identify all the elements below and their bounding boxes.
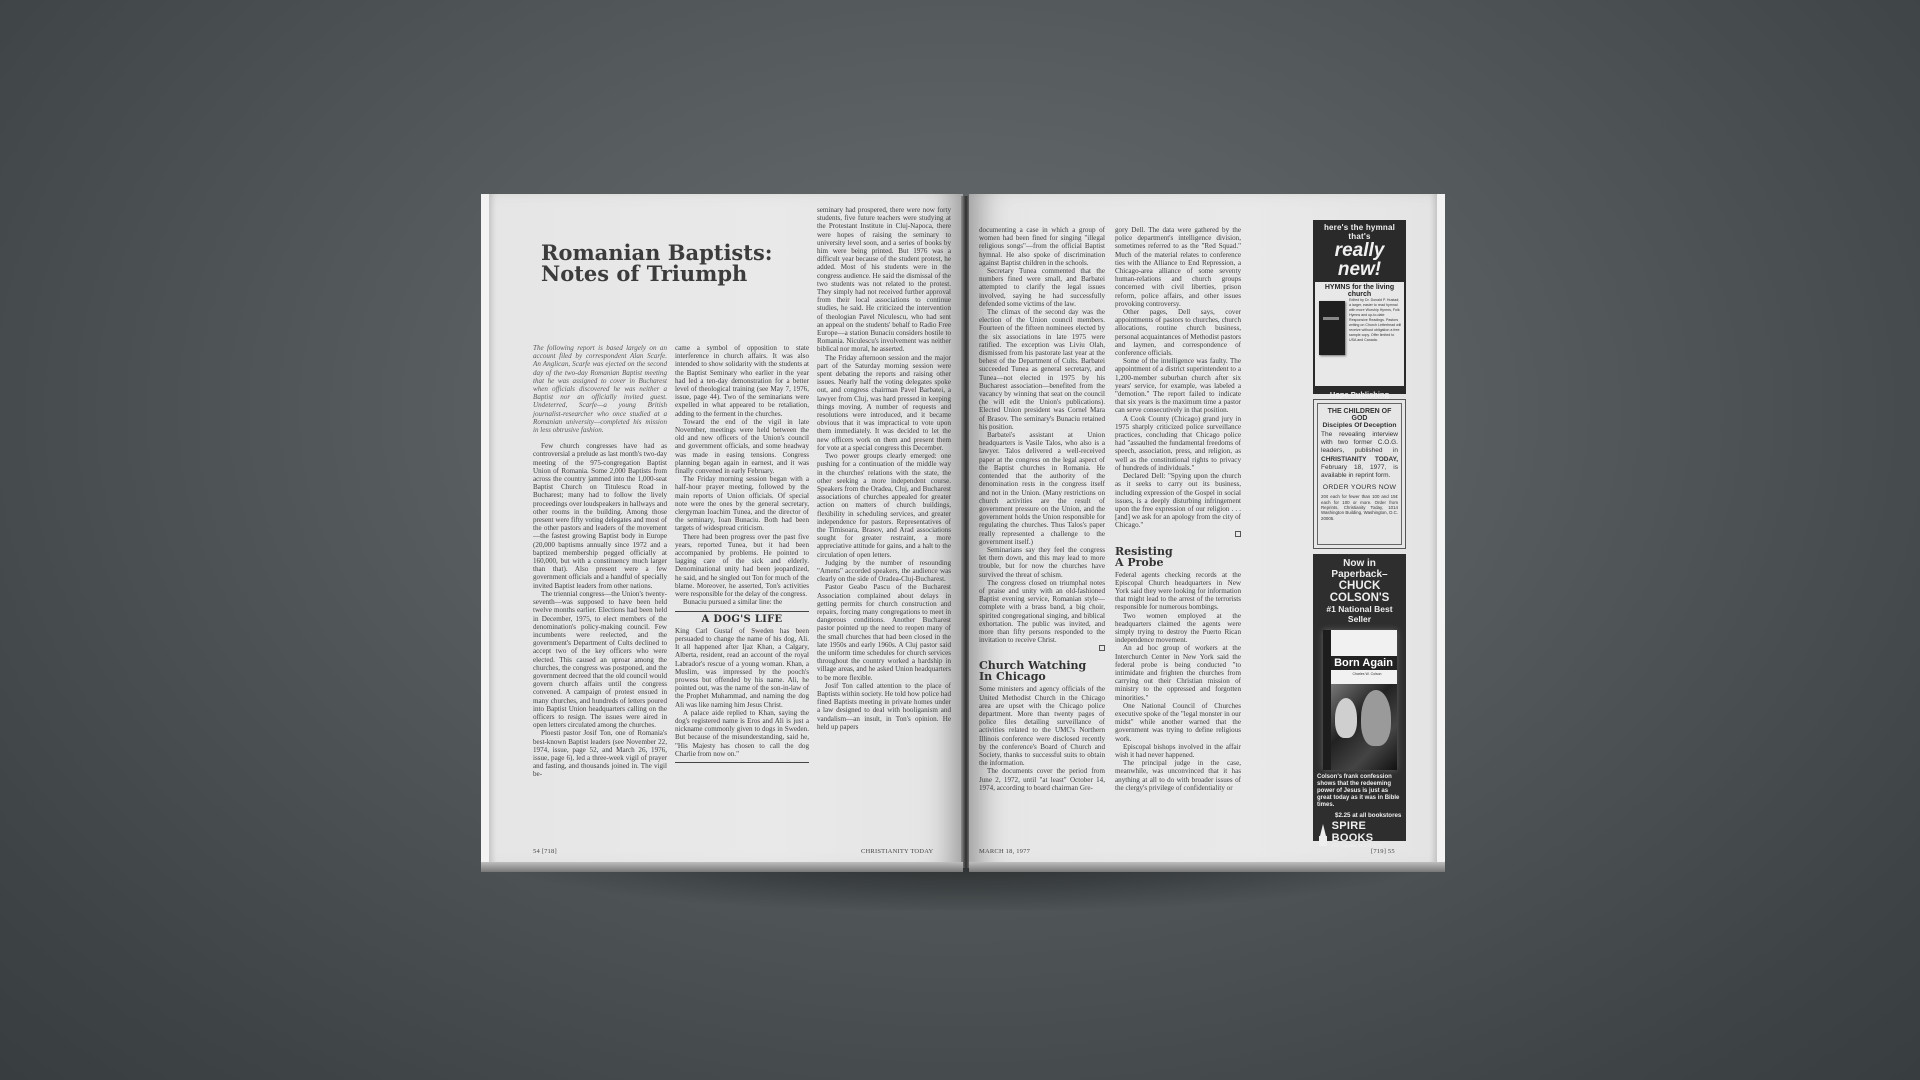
title-line-2: Notes of Triumph — [541, 263, 773, 284]
born-again-ad: Now in Paperback– CHUCK COLSON'S #1 Nati… — [1313, 554, 1406, 841]
reprint-ad-order: ORDER YOURS NOW — [1321, 484, 1398, 491]
end-mark-icon — [1099, 645, 1105, 651]
title-line-1: Romanian Baptists: — [541, 242, 773, 263]
paragraph: documenting a case in which a group of w… — [979, 226, 1105, 267]
section-heading-probe: Resisting A Probe — [1115, 546, 1241, 568]
paragraph: Ploesti pastor Josif Ton, one of Romania… — [533, 729, 667, 778]
spire-books-logo: SPIRE BOOKS Old Tappan, N.J. 07675 — [1317, 820, 1402, 849]
hymnal-ad-tagline: here's the hymnal that's — [1316, 223, 1403, 241]
sidebar-paragraph: A palace aide replied to Khan, saying th… — [675, 709, 809, 758]
book-cover-title: Born Again — [1331, 656, 1397, 670]
hymnal-title: HYMNS for the living church — [1317, 284, 1402, 298]
sidebar-paragraph: King Carl Gustaf of Sweden has been pers… — [675, 627, 809, 709]
paragraph: Barbatei's assistant at Union headquarte… — [979, 431, 1105, 546]
reprint-ad-subheading: Disciples Of Deception — [1321, 422, 1398, 429]
paragraph: Other pages, Dell says, cover appointmen… — [1115, 308, 1241, 357]
paragraph: A Cook County (Chicago) grand jury in 19… — [1115, 415, 1241, 472]
paragraph: Seminarians say they feel the congress l… — [979, 546, 1105, 579]
book-cover-author: Charles W. Colson — [1353, 672, 1382, 676]
end-mark-icon — [1235, 531, 1241, 537]
running-footer-magazine: CHRISTIANITY TODAY — [861, 848, 933, 855]
left-column-3: seminary had prospered, there were now f… — [817, 206, 951, 731]
divider — [675, 762, 809, 763]
paragraph: The triennial congress—the Union's twent… — [533, 590, 667, 729]
paragraph: Secretary Tunea commented that the numbe… — [979, 267, 1105, 308]
paragraph: The Friday morning session began with a … — [675, 475, 809, 532]
hymnal-ad-panel: HYMNS for the living church Edited by Dr… — [1315, 282, 1404, 386]
paragraph: The documents cover the period from June… — [979, 767, 1105, 792]
paragraph: gory Dell. The data were gathered by the… — [1115, 226, 1241, 308]
reprint-ad: THE CHILDREN OF GOD Disciples Of Decepti… — [1313, 399, 1406, 549]
paragraph: Toward the end of the vigil in late Nove… — [675, 418, 809, 475]
paragraph: Some of the intelligence was faulty. The… — [1115, 357, 1241, 414]
paragraph: The Friday afternoon session and the maj… — [817, 354, 951, 452]
paragraph: seminary had prospered, there were now f… — [817, 206, 951, 354]
paragraph: Josif Ton called attention to the place … — [817, 682, 951, 731]
reprint-ad-pricing: 20¢ each for fewer than 100 and 15¢ each… — [1321, 494, 1398, 521]
paragraph: Pastor Geabo Pascu of the Bucharest Asso… — [817, 583, 951, 681]
paragraph: Federal agents checking records at the E… — [1115, 571, 1241, 612]
left-page-edge — [481, 862, 963, 872]
hymnal-book-icon — [1319, 301, 1345, 355]
paragraph: Few church congresses have had as contro… — [533, 442, 667, 590]
left-column-2: came a symbol of opposition to state int… — [675, 344, 809, 767]
paragraph: The principal judge in the case, meanwhi… — [1115, 759, 1241, 792]
born-again-ad-line3: #1 National Best Seller — [1317, 604, 1402, 624]
paragraph: Bunaciu pursued a similar line: the — [675, 598, 809, 606]
paragraph: Two power groups clearly emerged: one pu… — [817, 452, 951, 559]
paragraph: There had been progress over the past fi… — [675, 533, 809, 599]
page-number-left: 54 [718] — [533, 848, 557, 855]
publisher-name: SPIRE BOOKS — [1332, 820, 1402, 844]
paragraph: Two women employed at the headquarters c… — [1115, 612, 1241, 645]
section-heading-chicago: Church Watching In Chicago — [979, 660, 1105, 682]
magazine-spread: Romanian Baptists: Notes of Triumph The … — [481, 194, 1445, 870]
paragraph: An ad hoc group of workers at the Interc… — [1115, 644, 1241, 701]
reprint-ad-heading: THE CHILDREN OF GOD — [1321, 408, 1398, 422]
born-again-blurb: Colson's frank confession shows that the… — [1317, 774, 1402, 809]
paragraph: The climax of the second day was the ele… — [979, 308, 1105, 431]
right-column-1: documenting a case in which a group of w… — [979, 226, 1105, 792]
reprint-ad-body: The revealing interview with two former … — [1321, 431, 1398, 480]
paragraph: Judging by the number of resounding "Ame… — [817, 559, 951, 584]
paragraph: Some ministers and agency officials of t… — [979, 685, 1105, 767]
right-page-edge — [969, 862, 1445, 872]
portrait-image — [1331, 684, 1397, 770]
paragraph: One National Council of Churches executi… — [1115, 702, 1241, 743]
article-title: Romanian Baptists: Notes of Triumph — [541, 242, 773, 284]
born-again-ad-line2: CHUCK COLSON'S — [1317, 580, 1402, 604]
right-page: documenting a case in which a group of w… — [969, 194, 1445, 866]
born-again-ad-line1: Now in Paperback– — [1317, 558, 1402, 580]
paragraph: Episcopal bishops involved in the affair… — [1115, 743, 1241, 759]
paragraph: Declared Dell: "Spying upon the church a… — [1115, 472, 1241, 529]
born-again-price: $2.25 at all bookstores — [1335, 812, 1402, 819]
book-cover-image: Born Again Charles W. Colson — [1323, 630, 1397, 770]
paragraph: came a symbol of opposition to state int… — [675, 344, 809, 418]
hymnal-ad: here's the hymnal that's really new! HYM… — [1313, 220, 1406, 394]
right-column-2: gory Dell. The data were gathered by the… — [1115, 226, 1241, 792]
paragraph: The congress closed on triumphal notes o… — [979, 579, 1105, 645]
issue-date-footer: MARCH 18, 1977 — [979, 848, 1030, 855]
article-intro: The following report is based largely on… — [533, 344, 667, 434]
left-column-1: The following report is based largely on… — [533, 344, 667, 779]
steeple-icon — [1317, 824, 1328, 846]
divider — [675, 611, 809, 612]
hymnal-ad-headline: really new! — [1316, 241, 1403, 279]
page-number-right: [719] 55 — [1371, 848, 1395, 855]
left-page: Romanian Baptists: Notes of Triumph The … — [481, 194, 963, 866]
sidebar-heading: A DOG'S LIFE — [675, 616, 809, 624]
